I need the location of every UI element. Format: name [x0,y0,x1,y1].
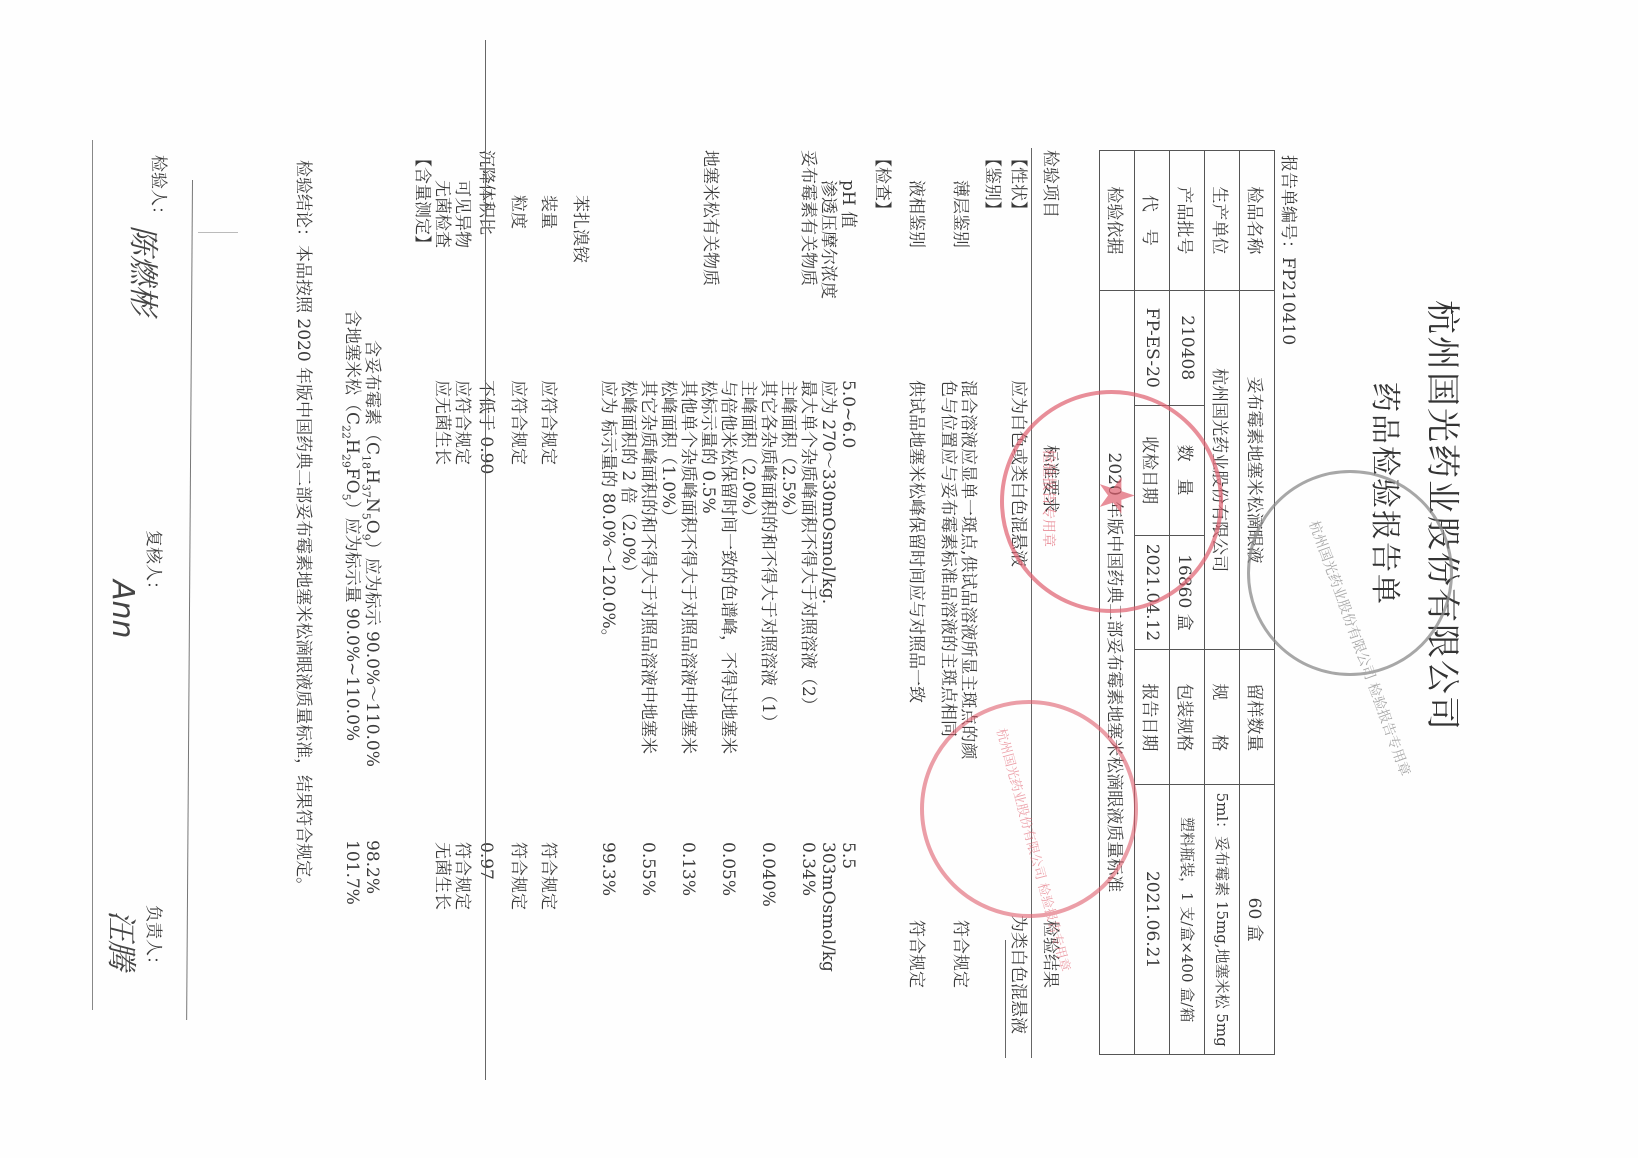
code-label: 代 号 [1135,151,1170,291]
director-label: 负责人： [143,905,163,973]
particle-item: 粒度 [508,195,528,229]
packaging-value: 塑料瓶装，1 支/盒×400 盒/箱 [1170,785,1205,1055]
dexa-related-result-2: 0.13% [678,842,698,896]
fill-result: 符合规定 [538,842,558,910]
ph-item: pH 值 [838,180,858,228]
section-tests: 【检查】 [872,150,892,218]
inspection-report-page: 杭州国光药业股份有限公司 药品检验报告单 报告单编号：FP210410 检品名称… [0,0,1638,1158]
packaging-label: 包装规格 [1170,650,1205,785]
conclusion-text: 本品按照 2020 年版中国药典二部妥布霉素地塞米松滴眼液质量标准，结果符合规定… [293,245,313,894]
report-number-value: FP210410 [1278,257,1298,345]
product-name-label: 检品名称 [1240,151,1275,291]
benzalkonium-item: 苯扎溴铵 [570,195,590,263]
report-number-label: 报告单编号： [1278,155,1298,257]
table-row: 代 号 FP-ES-20 收检日期 2021.04.12 报告日期 2021.0… [1135,151,1170,1055]
dexa-related-standard-6: 松峰面积的 2 倍（2.0%） [618,380,638,581]
batch-label: 产品批号 [1170,151,1205,291]
assay-tobra-result: 98.2% [362,840,382,894]
column-header-result: 检验结果 [1040,920,1060,988]
tlc-result: 符合规定 [950,920,970,988]
basis-label: 检验依据 [1100,151,1135,291]
inspector-signature: 陈燃彬 [124,225,168,315]
dexa-related-standard-4: 松峰面积（1.0%） [658,380,678,525]
character-result: 为类白色混悬液 [1008,915,1028,1034]
character-divider [1005,940,1006,1058]
visible-result: 符合规定 [452,842,472,910]
tlc-item: 薄层鉴别 [950,180,970,248]
product-name-value: 妥布霉素地塞米松滴眼液 [1240,290,1275,650]
inspector-label: 检验人： [148,155,168,223]
tobra-related-standard-1: 最大单个杂质峰面积不得大于对照溶液（2） [798,380,818,714]
dexa-related-result-3: 0.55% [638,842,658,896]
dexa-related-standard-2: 松标示量的 0.5% [698,380,718,514]
fill-standard: 应符合规定 [538,380,558,465]
visible-item: 可见异物 [452,180,472,248]
hplc-result: 符合规定 [906,920,926,988]
character-standard: 应为白色或类白色混悬液 [1008,380,1028,567]
report-date-value: 2021.06.21 [1135,785,1170,1055]
table-row: 生产单位 杭州国光药业股份有限公司 规 格 5ml：妥布霉素 15mg,地塞米松… [1205,151,1240,1055]
tlc-standard-line2: 色与位置应与妥布霉素标准品溶液的主斑点相同 [938,380,958,737]
tobra-related-standard-2: 主峰面积（2.5%） [778,380,798,525]
dexa-related-standard-5: 其它杂质峰面积的和不得大于对照品溶液中地塞米 [638,380,658,754]
assay-dexa-result: 101.7% [342,840,362,905]
table-row: 产品批号 210408 数 量 16860 盒 包装规格 塑料瓶装，1 支/盒×… [1170,151,1205,1055]
assay-dexa-standard: 含地塞米松（C22H29FO5）应为标示量 90.0%~110.0% [336,310,362,741]
manufacturer-label: 生产单位 [1205,151,1240,291]
product-info-table: 检品名称 妥布霉素地塞米松滴眼液 留样数量 60 盒 生产单位 杭州国光药业股份… [1099,150,1275,1055]
visible-standard: 应符合规定 [452,380,472,465]
director-signature: 汪腾 [102,910,146,970]
osmolality-standard: 应为 270～330mOsmol/kg. [818,380,838,604]
report-number: 报告单编号：FP210410 [1278,155,1298,345]
footer-line [92,140,93,1010]
particle-standard: 应符合规定 [508,380,528,465]
sterility-standard: 应无菌生长 [432,380,452,465]
section-identification: 【鉴别】 [982,150,1002,218]
batch-value: 210408 [1170,290,1205,405]
spec-value: 5ml：妥布霉素 15mg,地塞米松 5mg [1205,785,1240,1055]
quantity-label: 数 量 [1170,405,1205,535]
quantity-value: 16860 盒 [1170,535,1205,650]
sedimentation-item: 沉降体积比 [476,150,496,235]
tobra-related-standard-4: 主峰面积（2.0%） [738,380,758,525]
osmolality-item: 渗透压摩尔浓度 [818,180,838,299]
tobra-related-item: 妥布霉素有关物质 [798,150,818,286]
benzalkonium-result: 99.3% [598,842,618,896]
header-divider [1031,148,1032,1058]
table-row: 检品名称 妥布霉素地塞米松滴眼液 留样数量 60 盒 [1240,151,1275,1055]
section-assay: 【含量测定】 [412,150,432,252]
section-character: 【性状】 [1008,150,1028,218]
tlc-standard-line1: 混合溶液应显单一斑点,供试品溶液所显主斑点的颜 [958,380,978,759]
receive-date-value: 2021.04.12 [1135,535,1170,650]
scan-line [485,40,486,1080]
dexa-related-standard-3: 其他单个杂质峰面积不得大于对照品溶液中地塞米 [678,380,698,754]
retain-qty-value: 60 盒 [1240,785,1275,1055]
dexa-related-standard-1: 与倍他米松保留时间一致的色谱峰，不得过地塞米 [718,380,738,754]
column-header-item: 检验项目 [1040,150,1060,218]
code-value: FP-ES-20 [1135,290,1170,405]
sedimentation-standard: 不低于 0.90 [476,380,496,474]
osmolality-result: 303mOsmol/kg [818,842,838,972]
document-title: 药品检验报告单 [1366,382,1410,606]
column-header-standard: 标准要求 [1040,445,1060,513]
fill-item: 装量 [538,195,558,229]
ph-result: 5.5 [838,842,858,869]
table-row: 检验依据 2020 年版中国药典二部妥布霉素地塞米松滴眼液质量标准 [1100,151,1135,1055]
particle-result: 符合规定 [508,842,528,910]
reviewer-signature: Ann [105,580,140,639]
sterility-item: 无菌检查 [432,180,452,248]
ph-standard: 5.0~6.0 [838,380,858,448]
tobra-related-result-2: 0.040% [758,842,778,907]
report-date-label: 报告日期 [1135,650,1170,785]
dexa-related-result-1: 0.05% [718,842,738,896]
conclusion: 检验结论：本品按照 2020 年版中国药典二部妥布霉素地塞米松滴眼液质量标准，结… [293,160,313,894]
sedimentation-result: 0.97 [476,842,496,880]
benzalkonium-standard: 应为 标示量的 80.0%～120.0%。 [598,380,618,646]
signature-divider [186,180,193,1020]
scan-mark [198,232,238,233]
sterility-result: 无菌生长 [432,842,452,910]
conclusion-label: 检验结论： [293,160,313,245]
basis-value: 2020 年版中国药典二部妥布霉素地塞米松滴眼液质量标准 [1100,290,1135,1054]
dexa-related-item: 地塞米松有关物质 [700,150,720,286]
tobra-related-result-1: 0.34% [798,842,818,896]
manufacturer-value: 杭州国光药业股份有限公司 [1205,290,1240,650]
company-name: 杭州国光药业股份有限公司 [1421,300,1470,732]
hplc-standard: 供试品地塞米松峰保留时间应与对照品一致 [906,380,926,703]
retain-qty-label: 留样数量 [1240,650,1275,785]
receive-date-label: 收检日期 [1135,405,1170,535]
spec-label: 规 格 [1205,650,1240,785]
reviewer-label: 复核人： [143,530,163,598]
hplc-item: 液相鉴别 [906,180,926,248]
tobra-related-standard-3: 其它各杂质峰面积的和不得大于对照溶液（1） [758,380,778,731]
